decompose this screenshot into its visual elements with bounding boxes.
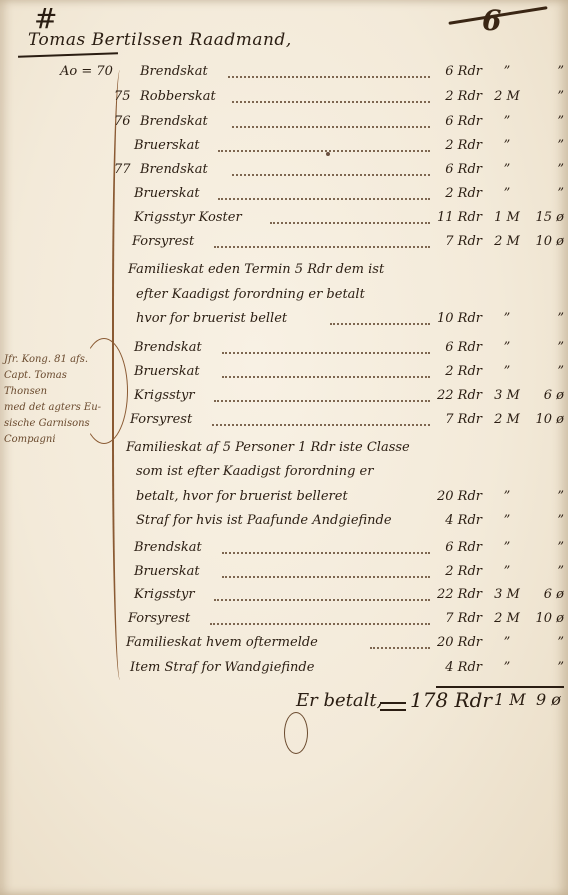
ledger-row: Ao = 70 Brendskat 6 Rdr ” ” [0,64,568,86]
entry-ore: ” [530,489,564,504]
entry-ref: Ao = 70 [60,64,113,79]
entry-riksdaler: 2 Rdr [434,89,482,104]
entry-label: Item Straf for Wandgiefinde [130,660,314,675]
dotted-leader [232,101,430,103]
page-number: 6 [482,4,501,37]
entry-label: Brendskat [140,162,208,177]
dotted-leader [222,376,430,378]
ledger-row: Bruerskat 2 Rdr ” ” [0,138,568,160]
dotted-leader [214,599,430,601]
entry-ore: ” [530,114,564,129]
ledger-row: Bruerskat 2 Rdr ” ” [0,186,568,208]
entry-ore: ” [530,564,564,579]
entry-ore: 6 ø [530,587,564,602]
ledger-row: 75 Robberskat 2 Rdr 2 M ” [0,89,568,111]
ledger-row: Familieskat af 5 Personer 1 Rdr iste Cla… [0,440,568,462]
dotted-leader [270,222,430,224]
entry-ore: ” [530,340,564,355]
ledger-row: Krigsstyr 22 Rdr 3 M 6 ø [0,388,568,410]
entry-ore: ” [530,513,564,528]
entry-label: Brendskat [140,114,208,129]
dotted-leader [214,400,430,402]
entry-ore: ” [530,89,564,104]
total-mark: 1 M [494,690,526,709]
entry-mark: 3 M [494,388,520,403]
entry-ore: ” [530,364,564,379]
entry-label: som ist efter Kaadigst forordning er [136,464,373,479]
entry-riksdaler: 20 Rdr [434,489,482,504]
ledger-row: 77 Brendskat 6 Rdr ” ” [0,162,568,184]
ledger-row: Familieskat eden Termin 5 Rdr dem ist [0,262,568,284]
entry-riksdaler: 2 Rdr [434,186,482,201]
dotted-leader [228,76,430,78]
entry-mark: ” [494,660,520,675]
entry-mark: ” [494,64,520,79]
entry-ore: 15 ø [530,210,564,225]
dotted-leader [218,198,430,200]
entry-label: efter Kaadigst forordning er betalt [136,287,365,302]
ledger-row: Forsyrest 7 Rdr 2 M 10 ø [0,412,568,434]
entry-ore: ” [530,162,564,177]
ledger-row: Brendskat 6 Rdr ” ” [0,340,568,362]
entry-ore: 10 ø [530,412,564,427]
entry-riksdaler: 6 Rdr [434,114,482,129]
ledger-row: Straf for hvis ist Paafunde Andgiefinde … [0,513,568,535]
total-riksdaler: 178 Rdr [410,688,492,712]
entry-label: Brendskat [134,540,202,555]
ledger-row: Bruerskat 2 Rdr ” ” [0,564,568,586]
entry-mark: ” [494,540,520,555]
entry-mark: ” [494,114,520,129]
entry-mark: ” [494,162,520,177]
ledger-row: 76 Brendskat 6 Rdr ” ” [0,114,568,136]
entry-ore: ” [530,311,564,326]
entry-mark: ” [494,186,520,201]
dotted-leader [222,576,430,578]
entry-label: betalt, hvor for bruerist belleret [136,489,348,504]
entry-ore: ” [530,64,564,79]
entry-mark: ” [494,364,520,379]
entry-label: Krigsstyr [134,388,195,403]
dotted-leader [222,552,430,554]
entry-mark: ” [494,635,520,650]
entry-ore: 10 ø [530,611,564,626]
ledger-row: Item Straf for Wandgiefinde 4 Rdr ” ” [0,660,568,682]
heading-flourish [18,52,118,57]
entry-label: Krigsstyr Koster [134,210,242,225]
ledger-heading: Tomas Bertilssen Raadmand, [28,30,292,50]
entry-label: Familieskat eden Termin 5 Rdr dem ist [128,262,384,277]
ledger-row: Brendskat 6 Rdr ” ” [0,540,568,562]
entry-mark: ” [494,340,520,355]
entry-riksdaler: 6 Rdr [434,162,482,177]
dotted-leader [210,623,430,625]
entry-mark: ” [494,564,520,579]
entry-riksdaler: 2 Rdr [434,364,482,379]
total-ore: 9 ø [536,690,561,709]
entry-label: Brendskat [134,340,202,355]
entry-riksdaler: 2 Rdr [434,564,482,579]
ledger-row: som ist efter Kaadigst forordning er [0,464,568,486]
ledger-row: Krigsstyr 22 Rdr 3 M 6 ø [0,587,568,609]
entry-mark: 2 M [494,89,520,104]
entry-label: Bruerskat [134,138,200,153]
dotted-leader [222,352,430,354]
entry-label: Bruerskat [134,364,200,379]
closing-flourish [284,712,308,754]
entry-ref: 77 [114,162,131,177]
manuscript-page: # 6 Tomas Bertilssen Raadmand, Jfr. Kong… [0,0,568,895]
entry-label: Bruerskat [134,186,200,201]
entry-mark: 2 M [494,611,520,626]
entry-label: Forsyrest [128,611,190,626]
entry-label: Brendskat [140,64,208,79]
entry-ore: 10 ø [530,234,564,249]
dotted-leader [214,246,430,248]
dotted-leader [212,424,430,426]
entry-ore: ” [530,540,564,555]
entry-riksdaler: 4 Rdr [434,513,482,528]
entry-riksdaler: 22 Rdr [434,388,482,403]
entry-ore: ” [530,660,564,675]
entry-mark: 1 M [494,210,520,225]
entry-mark: 2 M [494,412,520,427]
ledger-row: efter Kaadigst forordning er betalt [0,287,568,309]
entry-label: Bruerskat [134,564,200,579]
entry-label: Familieskat hvem oftermelde [126,635,318,650]
dotted-leader [330,323,430,325]
entry-riksdaler: 7 Rdr [434,611,482,626]
ledger-row: Forsyrest 7 Rdr 2 M 10 ø [0,234,568,256]
entry-label: Robberskat [140,89,216,104]
entry-ore: 6 ø [530,388,564,403]
entry-riksdaler: 11 Rdr [434,210,482,225]
entry-ore: ” [530,138,564,153]
entry-mark: ” [494,513,520,528]
entry-riksdaler: 6 Rdr [434,340,482,355]
total-label: Er betalt, [296,690,382,711]
entry-ref: 75 [114,89,131,104]
ledger-row: Bruerskat 2 Rdr ” ” [0,364,568,386]
dotted-leader [370,647,430,649]
entry-label: Familieskat af 5 Personer 1 Rdr iste Cla… [126,440,410,455]
entry-riksdaler: 7 Rdr [434,234,482,249]
dotted-leader [232,126,430,128]
dotted-leader [218,150,430,152]
entry-riksdaler: 4 Rdr [434,660,482,675]
entry-label: Krigsstyr [134,587,195,602]
entry-label: hvor for bruerist bellet [136,311,287,326]
entry-label: Forsyrest [130,412,192,427]
entry-label: Straf for hvis ist Paafunde Andgiefinde [136,513,392,528]
ledger-row: Forsyrest 7 Rdr 2 M 10 ø [0,611,568,633]
entry-mark: ” [494,138,520,153]
total-equals-mark [380,702,406,711]
entry-ore: ” [530,186,564,201]
total-row: Er betalt, 178 Rdr 1 M 9 ø [0,688,568,718]
entry-mark: ” [494,311,520,326]
entry-label: Forsyrest [132,234,194,249]
entry-riksdaler: 2 Rdr [434,138,482,153]
ledger-row: Krigsstyr Koster 11 Rdr 1 M 15 ø [0,210,568,232]
ledger-row: Familieskat hvem oftermelde 20 Rdr ” ” [0,635,568,657]
entry-mark: 3 M [494,587,520,602]
entry-riksdaler: 22 Rdr [434,587,482,602]
ledger-row: hvor for bruerist bellet 10 Rdr ” ” [0,311,568,333]
entry-mark: ” [494,489,520,504]
dotted-leader [232,174,430,176]
entry-ref: 76 [114,114,131,129]
entry-riksdaler: 6 Rdr [434,64,482,79]
entry-riksdaler: 10 Rdr [434,311,482,326]
entry-ore: ” [530,635,564,650]
entry-riksdaler: 20 Rdr [434,635,482,650]
entry-riksdaler: 6 Rdr [434,540,482,555]
entry-riksdaler: 7 Rdr [434,412,482,427]
ledger-row: betalt, hvor for bruerist belleret 20 Rd… [0,489,568,511]
entry-mark: 2 M [494,234,520,249]
